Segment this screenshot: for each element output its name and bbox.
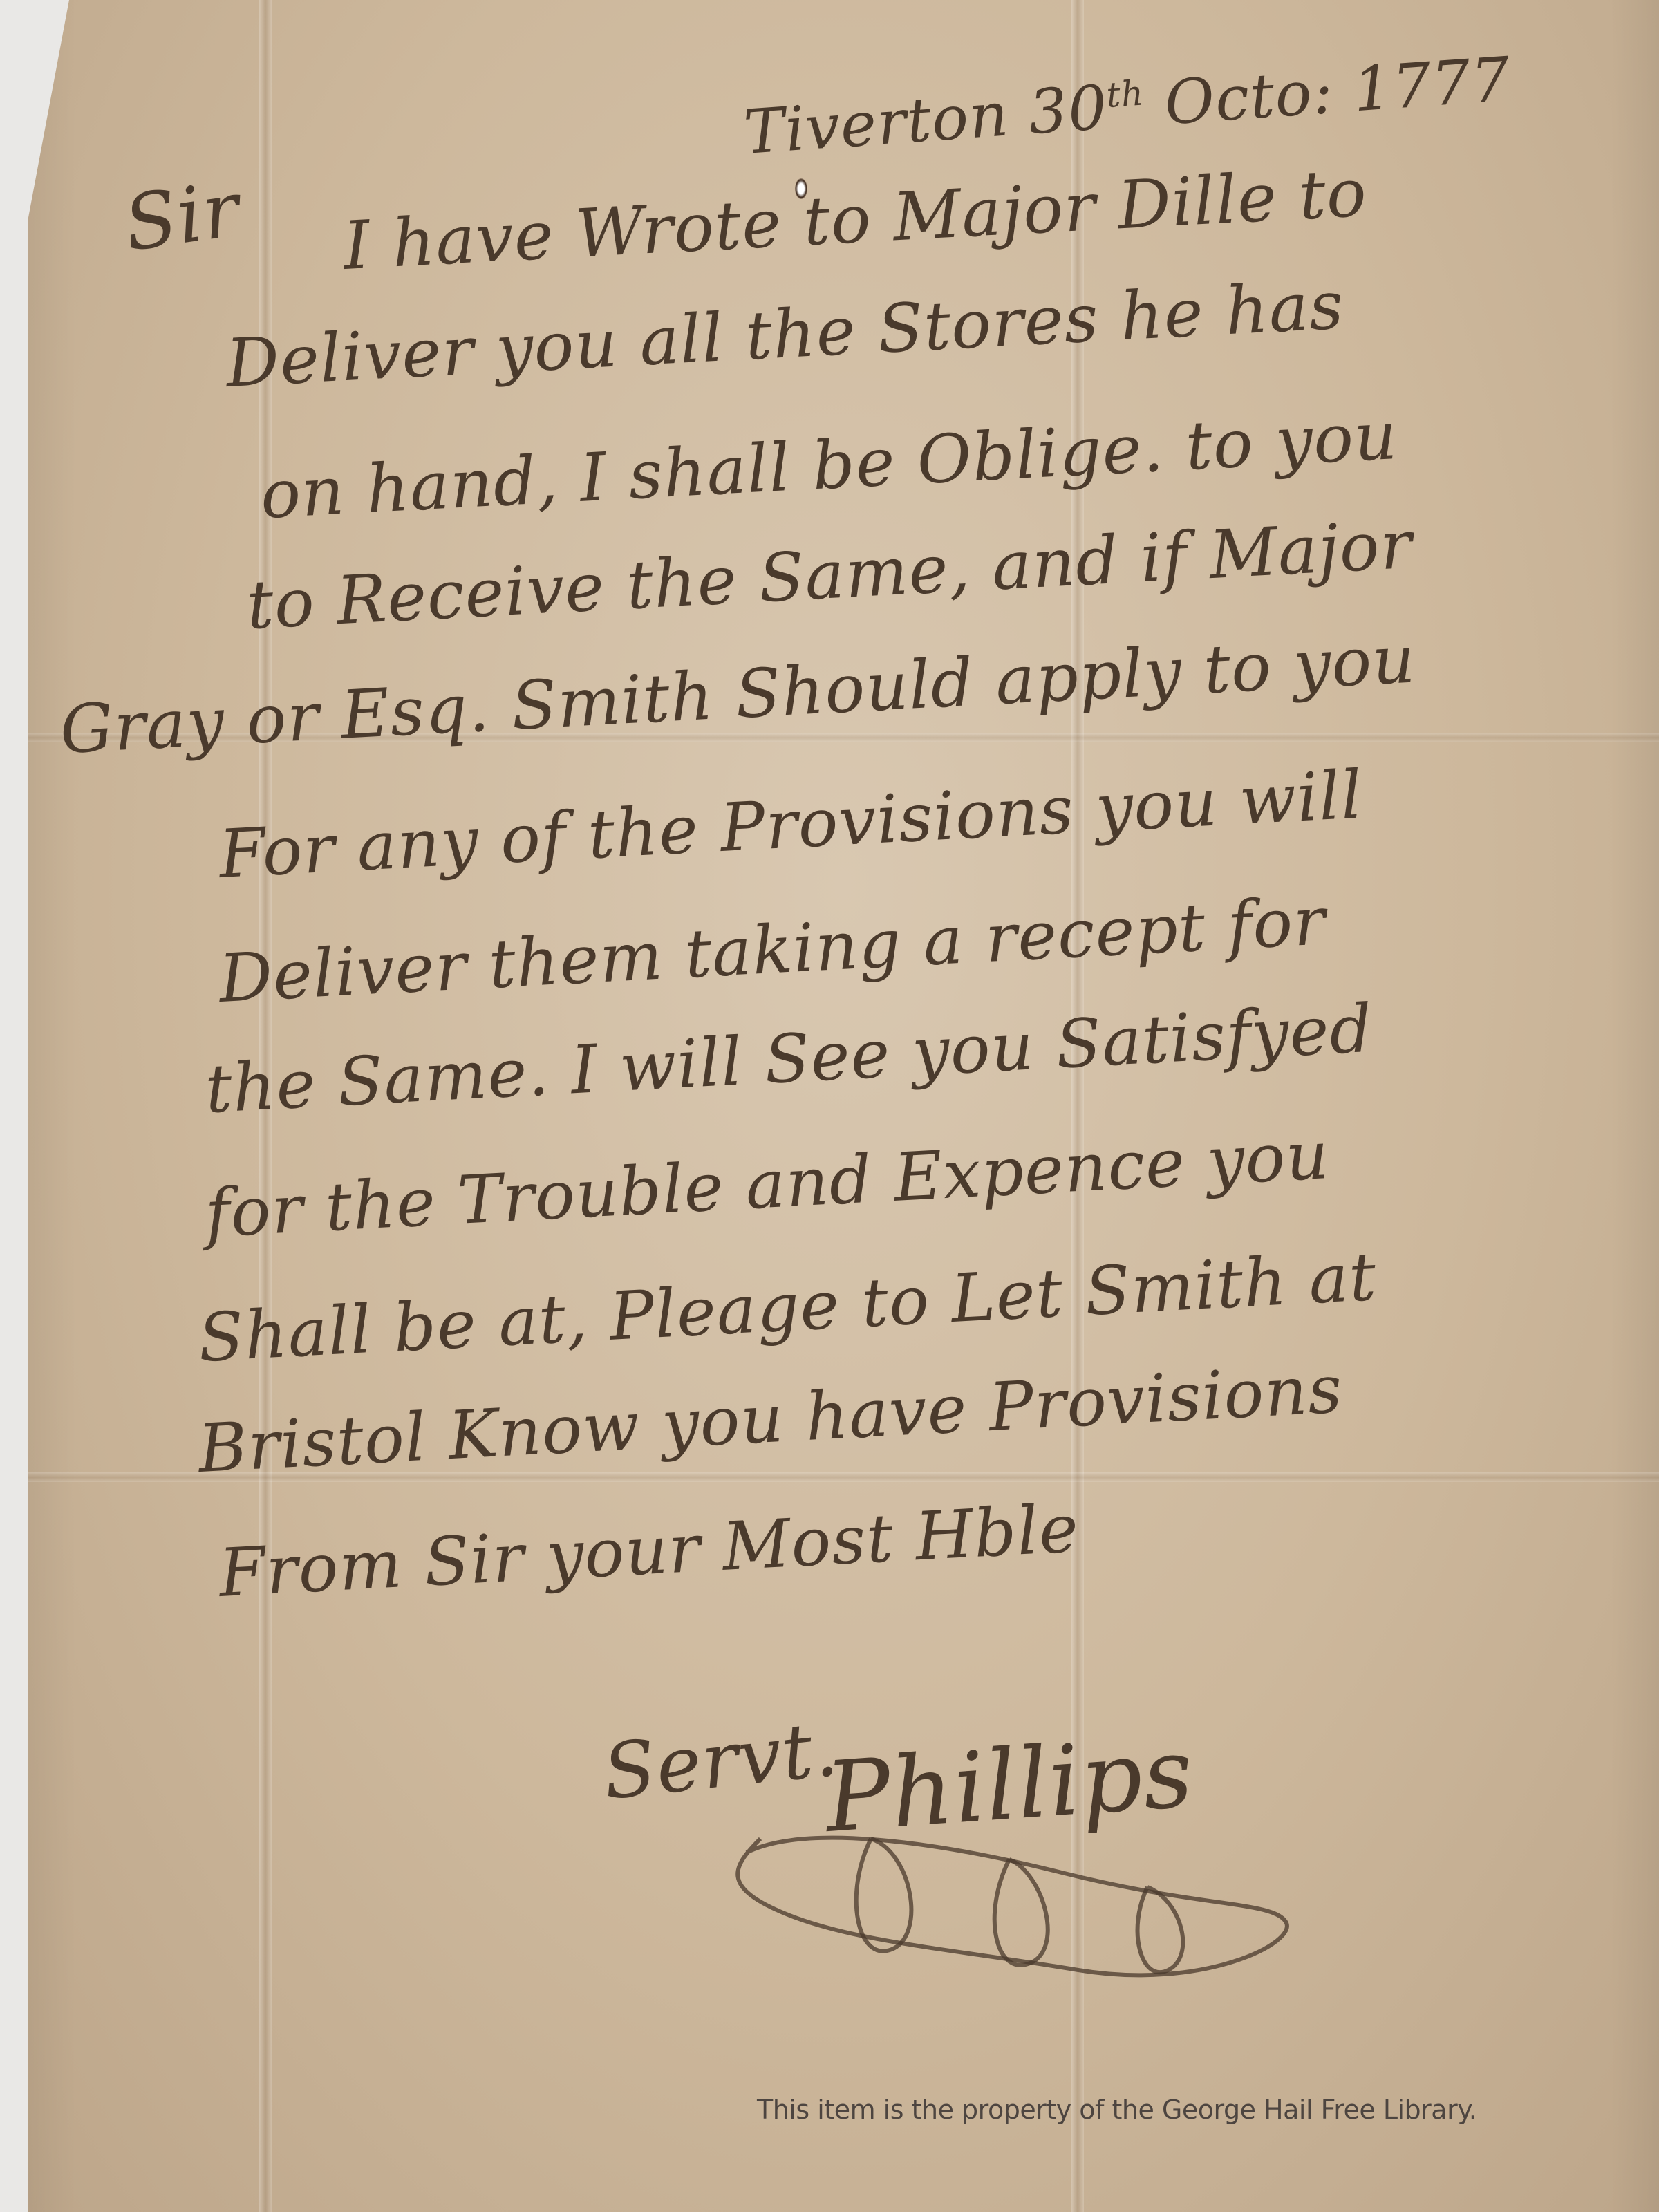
closing-prefix: Servt. (599, 1704, 843, 1817)
dateline-day: 30 (1027, 72, 1110, 149)
dateline-day-suffix: th (1105, 73, 1145, 115)
library-ownership-notice: This item is the property of the George … (757, 2094, 1477, 2125)
signature-flourish-icon (719, 1811, 1341, 2005)
salutation: Sir (119, 165, 245, 268)
signature-block: Servt. Phillips (608, 1645, 1438, 1991)
